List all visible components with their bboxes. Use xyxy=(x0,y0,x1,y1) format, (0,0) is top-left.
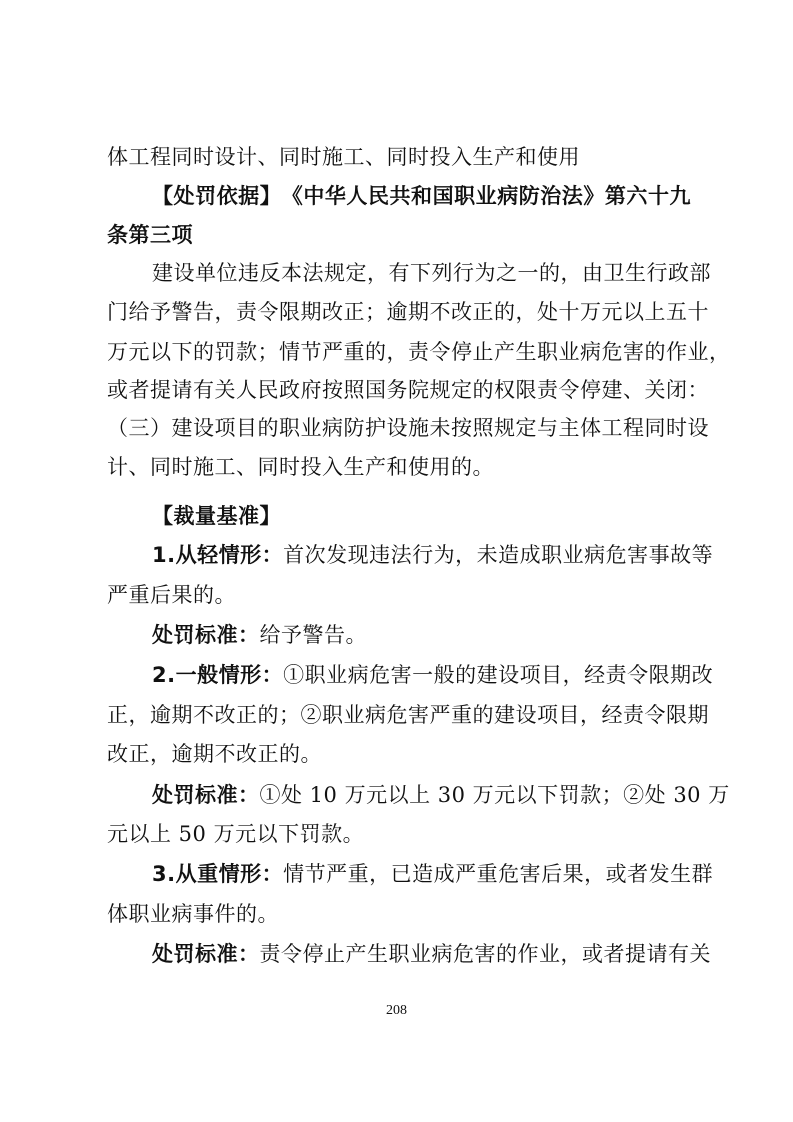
text-line: 体工程同时设计、同时施工、同时投入生产和使用 xyxy=(107,142,691,172)
line-text: 严重后果的。 xyxy=(107,583,236,607)
line-text: 给予警告。 xyxy=(260,623,368,647)
text-line: 元以上 50 万元以下罚款。 xyxy=(107,819,691,849)
general-case-line: 2.一般情形：①职业病危害一般的建设项目，经责令限期改 xyxy=(152,660,691,690)
discretion-standard-heading-line: 【裁量基准】 xyxy=(152,501,691,531)
line-text: 万元以下的罚款；情节严重的，责令停止产生职业病危害的作业， xyxy=(107,340,731,364)
text-line: 计、同时施工、同时投入生产和使用的。 xyxy=(107,452,691,482)
text-line: 严重后果的。 xyxy=(107,580,691,610)
line-text: ①处 10 万元以上 30 万元以下罚款；②处 30 万 xyxy=(260,783,730,807)
lenient-case-label: 1.从轻情形： xyxy=(152,543,283,567)
penalty-standard-label: 处罚标准： xyxy=(152,623,260,647)
line-text: 改正，逾期不改正的。 xyxy=(107,742,322,766)
penalty-standard-label: 处罚标准： xyxy=(152,783,260,807)
text-line: 门给予警告，责令限期改正；逾期不改正的，处十万元以上五十 xyxy=(107,297,691,327)
line-text: 元以上 50 万元以下罚款。 xyxy=(107,822,364,846)
text-line: 改正，逾期不改正的。 xyxy=(107,739,691,769)
lenient-case-line: 1.从轻情形：首次发现违法行为，未造成职业病危害事故等 xyxy=(152,540,691,570)
line-text: （三）建设项目的职业病防护设施未按照规定与主体工程同时设 xyxy=(107,416,709,440)
page-number: 208 xyxy=(0,1003,793,1019)
penalty-basis-heading: 【处罚依据】 xyxy=(152,184,271,208)
severe-case-label: 3.从重情形： xyxy=(152,862,283,886)
line-text: 或者提请有关人民政府按照国务院规定的权限责令停建、关闭： xyxy=(107,378,709,402)
penalty-basis-line: 【处罚依据】 《中华人民共和国职业病防治法》第六十九 xyxy=(152,181,691,211)
penalty-standard-line-2: 处罚标准：①处 10 万元以上 30 万元以下罚款；②处 30 万 xyxy=(152,780,691,810)
text-line: 建设单位违反本法规定，有下列行为之一的，由卫生行政部 xyxy=(152,258,691,288)
text-line: （三）建设项目的职业病防护设施未按照规定与主体工程同时设 xyxy=(107,413,691,443)
text-line: 或者提请有关人民政府按照国务院规定的权限责令停建、关闭： xyxy=(107,375,691,405)
line-text: 情节严重，已造成严重危害后果，或者发生群 xyxy=(283,862,713,886)
penalty-standard-label: 处罚标准： xyxy=(152,942,260,966)
line-text: 计、同时施工、同时投入生产和使用的。 xyxy=(107,455,494,479)
document-page: 体工程同时设计、同时施工、同时投入生产和使用 【处罚依据】 《中华人民共和国职业… xyxy=(0,0,793,1122)
line-text: 正，逾期不改正的；②职业病危害严重的建设项目，经责令限期 xyxy=(107,703,709,727)
line-text: 体工程同时设计、同时施工、同时投入生产和使用 xyxy=(107,145,580,169)
text-line: 正，逾期不改正的；②职业病危害严重的建设项目，经责令限期 xyxy=(107,700,691,730)
law-article-line: 条第三项 xyxy=(107,220,691,250)
text-line: 体职业病事件的。 xyxy=(107,899,691,929)
text-line: 万元以下的罚款；情节严重的，责令停止产生职业病危害的作业， xyxy=(107,337,691,367)
line-text: ①职业病危害一般的建设项目，经责令限期改 xyxy=(283,663,713,687)
law-article: 条第三项 xyxy=(107,223,193,247)
line-text: 建设单位违反本法规定，有下列行为之一的，由卫生行政部 xyxy=(152,261,711,285)
discretion-standard-heading: 【裁量基准】 xyxy=(152,504,281,528)
line-text: 体职业病事件的。 xyxy=(107,902,279,926)
penalty-standard-line-3: 处罚标准：责令停止产生职业病危害的作业，或者提请有关 xyxy=(152,939,691,969)
line-text: 首次发现违法行为，未造成职业病危害事故等 xyxy=(283,543,713,567)
general-case-label: 2.一般情形： xyxy=(152,663,283,687)
line-text: 门给予警告，责令限期改正；逾期不改正的，处十万元以上五十 xyxy=(107,300,709,324)
penalty-standard-line-1: 处罚标准：给予警告。 xyxy=(152,620,691,650)
law-citation: 《中华人民共和国职业病防治法》第六十九 xyxy=(271,184,691,208)
severe-case-line: 3.从重情形：情节严重，已造成严重危害后果，或者发生群 xyxy=(152,859,691,889)
line-text: 责令停止产生职业病危害的作业，或者提请有关 xyxy=(260,942,712,966)
